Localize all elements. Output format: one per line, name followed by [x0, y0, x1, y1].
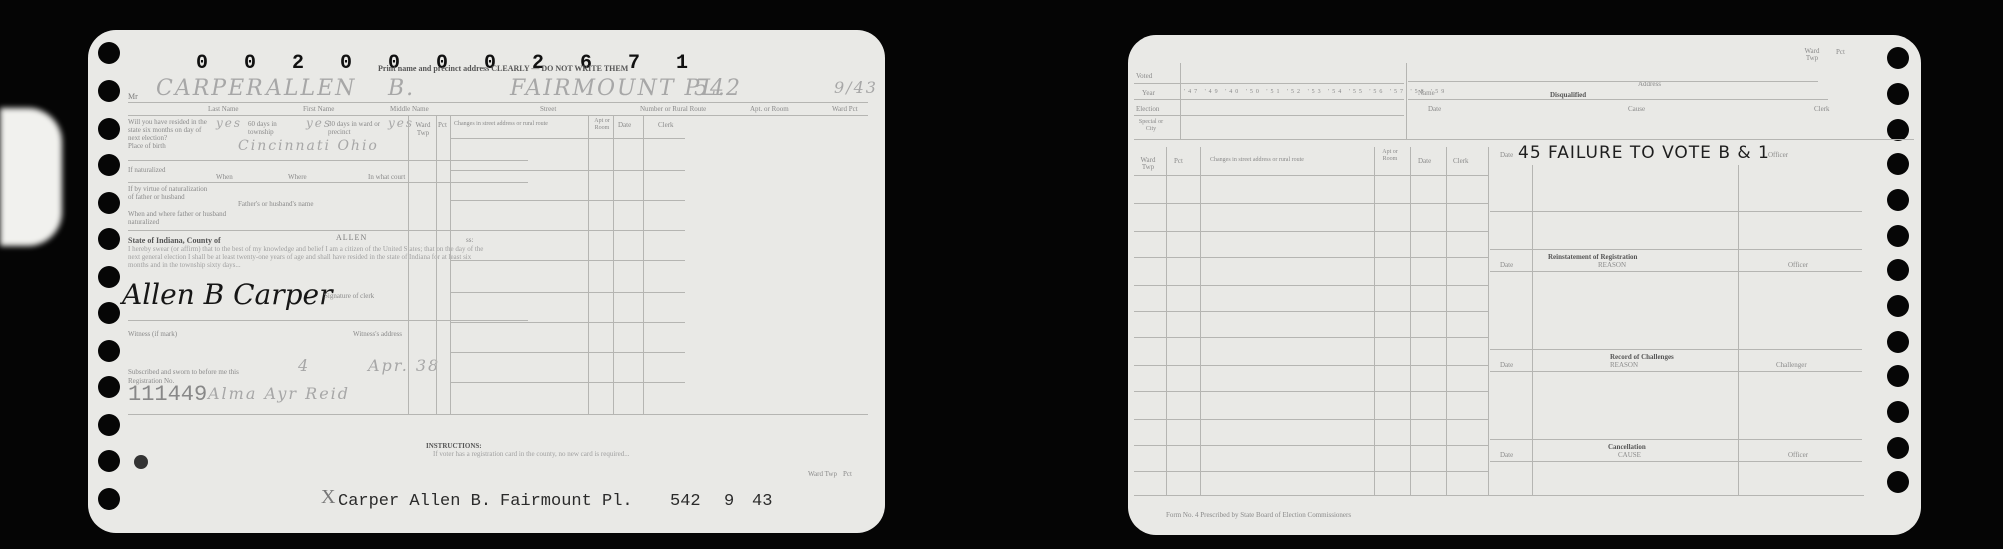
punch-hole — [98, 450, 120, 472]
divider — [128, 182, 528, 183]
divider — [128, 160, 528, 161]
divider — [1446, 147, 1447, 495]
left-edge-card-fragment — [0, 108, 62, 246]
punch-hole — [98, 228, 120, 250]
divider — [1374, 147, 1375, 495]
reinstatement-date-label: Date — [1500, 261, 1513, 269]
label-date: Date — [1428, 105, 1441, 113]
divider — [588, 115, 589, 415]
table-row — [450, 382, 685, 383]
punch-hole — [98, 266, 120, 288]
punch-hole — [1887, 471, 1909, 493]
label-street: Street — [540, 105, 556, 113]
divider — [1134, 83, 1404, 84]
punch-hole — [1887, 437, 1909, 459]
challenges-date-label: Date — [1500, 361, 1513, 369]
instructions-title: INSTRUCTIONS: — [426, 442, 482, 450]
divider — [1490, 349, 1862, 350]
prefix-label: Mr — [128, 92, 138, 101]
reinstatement-reason-label: REASON — [1598, 261, 1626, 269]
handwritten-last-name: CARPER — [156, 76, 265, 101]
table-row — [1134, 285, 1488, 286]
failure-to-vote-stamp: 45 FAILURE TO VOTE B & 1 — [1518, 143, 1770, 163]
table-row — [1134, 203, 1488, 204]
punch-hole — [98, 80, 120, 102]
divider — [1738, 165, 1739, 495]
table-row — [1134, 391, 1488, 392]
table-row — [1134, 175, 1488, 176]
divider — [1134, 495, 1864, 496]
handwritten-middle-name: B. — [388, 76, 415, 101]
handwritten-residence: yes — [216, 116, 242, 130]
divider — [128, 414, 868, 415]
typed-street: Fairmount Pl. — [500, 492, 633, 511]
punch-hole — [98, 154, 120, 176]
table-row — [450, 260, 685, 261]
punch-hole — [98, 192, 120, 214]
label-cause: Cause — [1628, 105, 1645, 113]
header-instruction: Print name and precinct address CLEARLY … — [378, 64, 628, 73]
table-row — [1134, 419, 1488, 420]
divider — [643, 115, 644, 415]
divider — [1134, 115, 1404, 116]
punch-hole — [1887, 365, 1909, 387]
divider — [1410, 147, 1411, 495]
divider — [436, 115, 437, 415]
table-row — [450, 138, 685, 139]
punch-hole — [1887, 47, 1909, 69]
col-apt: Apt or Room — [1378, 149, 1402, 163]
table-row — [1134, 257, 1488, 258]
punch-hole — [1887, 259, 1909, 281]
handwritten-birthplace: Cincinnati Ohio — [238, 138, 379, 154]
handwritten-number: 542 — [694, 76, 742, 101]
punch-hole — [1887, 83, 1909, 105]
punch-hole — [98, 118, 120, 140]
row-election: Election — [1136, 105, 1159, 113]
punch-hole — [98, 42, 120, 64]
typed-name: Carper Allen B. — [338, 492, 491, 511]
col-clerk: Clerk — [1453, 157, 1469, 165]
row-voted: Voted — [1136, 72, 1152, 80]
table-row — [1134, 311, 1488, 312]
divider — [1490, 249, 1862, 250]
label-name: Name — [1418, 89, 1435, 97]
oath-text: I hereby swear (or affirm) that to the b… — [128, 245, 488, 269]
handwritten-first-name: ALLEN — [266, 76, 356, 101]
voter-signature: Allen B Carper — [122, 278, 333, 311]
label-number: Number or Rural Route — [640, 105, 706, 113]
punch-hole — [98, 302, 120, 324]
label-witness-address: Witness's address — [353, 330, 402, 338]
divider — [1490, 271, 1862, 272]
challenges-reason-label: REASON — [1610, 361, 1638, 369]
instructions-text: If voter has a registration card in the … — [433, 450, 873, 458]
table-row — [450, 352, 685, 353]
label-days-township: 60 days in township — [248, 120, 298, 136]
typed-number: 542 — [670, 492, 701, 511]
col-date: Date — [618, 121, 631, 129]
divider — [1532, 165, 1533, 495]
punch-hole — [98, 414, 120, 436]
label-state-county: State of Indiana, County of — [128, 236, 221, 245]
col-ward-twp: Ward Twp — [1136, 157, 1160, 171]
label-witness: Witness (if mark) — [128, 330, 177, 338]
divider — [1200, 147, 1201, 495]
divider — [1490, 461, 1862, 462]
table-row — [1134, 337, 1488, 338]
divider — [1490, 439, 1862, 440]
label-officer: Officer — [1768, 151, 1788, 159]
col-apt: Apt or Room — [592, 118, 612, 132]
label-citizenship-parent: If by virtue of naturalization of father… — [128, 185, 208, 201]
year-row-values: '47 '49 '40 '50 '51 '52 '53 '54 '55 '56 … — [1184, 89, 1447, 95]
label-ward-twp: Ward Twp — [808, 470, 837, 478]
divider — [1488, 147, 1489, 495]
label-clerk: Clerk — [1814, 105, 1830, 113]
punch-hole — [98, 340, 120, 362]
label-when: When — [216, 173, 233, 181]
col-ward-twp: Ward Twp — [411, 121, 435, 137]
label-days-ward: 30 days in ward or precinct — [328, 120, 388, 136]
handwritten-clerk-note: Alma Ayr Reid — [208, 384, 350, 403]
label-disqualified: Disqualified — [1550, 91, 1586, 99]
table-row — [450, 230, 685, 231]
handwritten-subscribed-day: 4 — [298, 356, 310, 375]
label-ss: ss: — [466, 236, 473, 244]
divider — [1406, 63, 1407, 139]
divider — [408, 115, 409, 415]
section-reinstatement-title: Reinstatement of Registration — [1548, 253, 1637, 261]
registration-card-front: 0 0 2 0 0 0 0 2 6 7 1 Print name and pre… — [88, 30, 885, 533]
table-row — [1134, 471, 1488, 472]
label-ward-twp: Ward Twp — [1800, 48, 1824, 62]
registration-card-back: Voted Year Election Special or City '47 … — [1128, 35, 1921, 535]
label-where: Where — [288, 173, 307, 181]
county-value: ALLEN — [336, 233, 367, 242]
label-pct: Pct — [1836, 48, 1845, 56]
label-place-of-birth: Place of birth — [128, 142, 168, 150]
label-last-name: Last Name — [208, 105, 239, 113]
col-changes: Changes in street address or rural route — [1210, 157, 1304, 163]
voter-mark: X — [321, 486, 335, 509]
cancellation-officer-label: Officer — [1788, 451, 1808, 459]
divider — [128, 320, 528, 321]
label-parent-name: Father's or husband's name — [238, 200, 313, 208]
table-row — [450, 322, 685, 323]
section-challenges-title: Record of Challenges — [1610, 353, 1674, 361]
divider — [1134, 99, 1404, 100]
label-pct: Pct — [843, 470, 852, 478]
label-middle-name: Middle Name — [390, 105, 429, 113]
label-subscribed: Subscribed and sworn to before me this — [128, 368, 239, 376]
divider — [450, 115, 451, 415]
cancellation-cause-label: CAUSE — [1618, 451, 1641, 459]
col-pct: Pct — [1174, 157, 1183, 165]
reinstatement-officer-label: Officer — [1788, 261, 1808, 269]
label-first-name: First Name — [303, 105, 334, 113]
col-clerk: Clerk — [658, 121, 674, 129]
col-pct: Pct — [438, 121, 447, 129]
small-dot — [134, 455, 148, 469]
divider — [1166, 147, 1167, 495]
cancellation-date-label: Date — [1500, 451, 1513, 459]
table-row — [450, 292, 685, 293]
punch-hole — [1887, 189, 1909, 211]
divider — [1408, 99, 1828, 100]
table-row — [450, 170, 685, 171]
challenges-challenger-label: Challenger — [1776, 361, 1807, 369]
label-residence-question: Will you have resided in the state six m… — [128, 118, 208, 142]
divider — [1408, 81, 1818, 82]
form-footer: Form No. 4 Prescribed by State Board of … — [1166, 511, 1351, 519]
punch-hole — [1887, 119, 1909, 141]
label-ward-pct: Ward Pct — [832, 105, 858, 113]
label-parent-when-where: When and where father or husband natural… — [128, 210, 228, 226]
typed-ward: 9 — [724, 492, 734, 511]
row-year: Year — [1142, 89, 1155, 97]
divider — [1180, 63, 1181, 139]
table-row — [450, 200, 685, 201]
punch-hole — [98, 376, 120, 398]
label-signature-clerk: Signature of clerk — [324, 292, 374, 300]
registration-number: 111449 — [128, 382, 207, 407]
divider — [1490, 371, 1862, 372]
col-changes: Changes in street address or rural route — [454, 121, 548, 127]
table-row — [1134, 445, 1488, 446]
punch-hole — [1887, 225, 1909, 247]
punch-hole — [1887, 295, 1909, 317]
punch-hole — [1887, 401, 1909, 423]
divider — [1134, 139, 1914, 140]
divider — [1490, 211, 1862, 212]
handwritten-subscribed-date: Apr. 38 — [368, 356, 440, 375]
table-row — [1134, 231, 1488, 232]
section-cancellation-title: Cancellation — [1608, 443, 1646, 451]
divider — [613, 115, 614, 415]
typed-pct: 43 — [752, 492, 772, 511]
label-naturalized: If naturalized — [128, 166, 166, 174]
label-date: Date — [1500, 151, 1513, 159]
punch-hole — [1887, 153, 1909, 175]
label-court: In what court — [368, 173, 405, 181]
label-apt: Apt. or Room — [750, 105, 789, 113]
punch-hole — [1887, 331, 1909, 353]
table-row — [1134, 365, 1488, 366]
punch-hole — [98, 488, 120, 510]
divider — [128, 102, 868, 103]
col-date: Date — [1418, 157, 1431, 165]
row-special: Special or City — [1136, 119, 1166, 133]
handwritten-ward-pct: 9/43 — [834, 78, 878, 97]
